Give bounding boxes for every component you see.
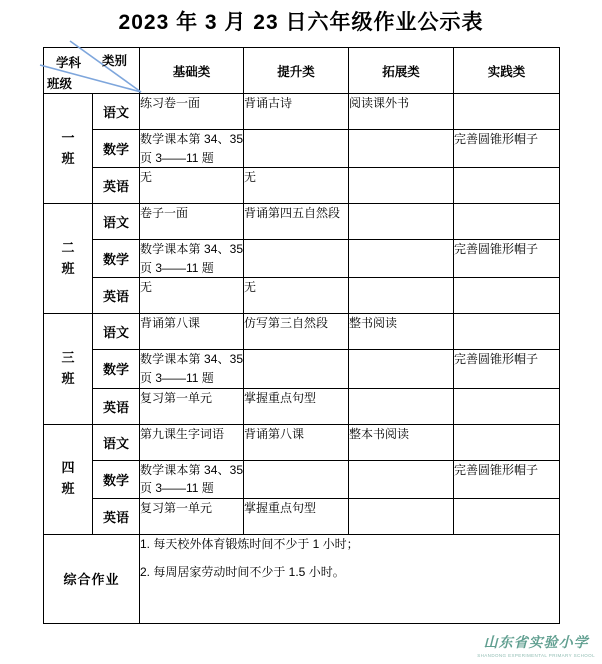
homework-cell <box>454 278 560 314</box>
homework-cell <box>244 240 349 278</box>
homework-cell: 数学课本第 34、35 页 3——11 题 <box>140 130 244 168</box>
note-line-1: 1. 每天校外体育锻炼时间不少于 1 小时； <box>140 535 559 553</box>
homework-cell <box>454 204 560 240</box>
class-name-cell: 四班 <box>44 424 93 534</box>
class-name-cell: 三班 <box>44 314 93 424</box>
document-page: 2023 年 3 月 23 日六年级作业公示表 学科 类别 班级 基础类 提升类 <box>0 0 602 664</box>
homework-cell <box>349 130 454 168</box>
table-row: 数学数学课本第 34、35 页 3——11 题完善圆锥形帽子 <box>44 130 560 168</box>
table-row: 三班语文背诵第八课仿写第三自然段整书阅读 <box>44 314 560 350</box>
subject-cell: 数学 <box>93 130 140 168</box>
school-name-cn: 山东省实验小学 <box>477 632 595 652</box>
homework-cell: 掌握重点句型 <box>244 498 349 534</box>
homework-cell: 整书阅读 <box>349 314 454 350</box>
class-name: 三班 <box>61 348 75 390</box>
school-watermark: 山东省实验小学 SHANDONG EXPERIMENTAL PRIMARY SC… <box>477 632 595 658</box>
homework-cell: 背诵古诗 <box>244 94 349 130</box>
subject-cell: 英语 <box>93 498 140 534</box>
subject-cell: 数学 <box>93 460 140 498</box>
homework-cell <box>349 278 454 314</box>
homework-cell <box>454 168 560 204</box>
homework-cell <box>454 388 560 424</box>
homework-cell <box>349 240 454 278</box>
homework-cell <box>349 460 454 498</box>
homework-cell <box>349 388 454 424</box>
homework-cell <box>454 314 560 350</box>
homework-cell: 完善圆锥形帽子 <box>454 350 560 388</box>
homework-cell: 背诵第四五自然段 <box>244 204 349 240</box>
homework-cell <box>244 460 349 498</box>
homework-cell: 复习第一单元 <box>140 498 244 534</box>
table-row: 四班语文第九课生字词语背诵第八课整本书阅读 <box>44 424 560 460</box>
table-row: 英语无无 <box>44 168 560 204</box>
homework-cell: 数学课本第 34、35 页 3——11 题 <box>140 240 244 278</box>
subject-cell: 英语 <box>93 278 140 314</box>
class-name-cell: 一班 <box>44 94 93 204</box>
class-name: 二班 <box>61 238 75 280</box>
subject-cell: 语文 <box>93 424 140 460</box>
homework-cell <box>349 168 454 204</box>
homework-cell <box>454 424 560 460</box>
table-row: 数学数学课本第 34、35 页 3——11 题完善圆锥形帽子 <box>44 460 560 498</box>
homework-cell: 数学课本第 34、35 页 3——11 题 <box>140 460 244 498</box>
homework-cell: 无 <box>244 278 349 314</box>
subject-cell: 语文 <box>93 204 140 240</box>
comprehensive-homework-notes: 1. 每天校外体育锻炼时间不少于 1 小时； 2. 每周居家劳动时间不少于 1.… <box>140 534 560 623</box>
homework-cell: 无 <box>140 168 244 204</box>
table-row: 英语复习第一单元掌握重点句型 <box>44 388 560 424</box>
subject-cell: 数学 <box>93 350 140 388</box>
homework-cell: 掌握重点句型 <box>244 388 349 424</box>
homework-table: 学科 类别 班级 基础类 提升类 拓展类 实践类 一班语文练习卷一面背诵古诗阅读… <box>43 47 560 624</box>
col-header-improve: 提升类 <box>244 48 349 94</box>
table-row: 一班语文练习卷一面背诵古诗阅读课外书 <box>44 94 560 130</box>
subject-cell: 英语 <box>93 388 140 424</box>
homework-cell: 无 <box>140 278 244 314</box>
homework-cell: 数学课本第 34、35 页 3——11 题 <box>140 350 244 388</box>
homework-cell <box>349 498 454 534</box>
subject-cell: 数学 <box>93 240 140 278</box>
corner-category-label: 类别 <box>102 51 127 69</box>
footer-row: 综合作业 1. 每天校外体育锻炼时间不少于 1 小时； 2. 每周居家劳动时间不… <box>44 534 560 623</box>
col-header-basic: 基础类 <box>140 48 244 94</box>
homework-cell: 阅读课外书 <box>349 94 454 130</box>
corner-subject-label: 学科 <box>56 53 81 71</box>
table-row: 英语复习第一单元掌握重点句型 <box>44 498 560 534</box>
school-name-en: SHANDONG EXPERIMENTAL PRIMARY SCHOOL <box>477 653 595 658</box>
class-name: 四班 <box>61 458 75 500</box>
homework-cell: 无 <box>244 168 349 204</box>
table-row: 数学数学课本第 34、35 页 3——11 题完善圆锥形帽子 <box>44 240 560 278</box>
note-line-2: 2. 每周居家劳动时间不少于 1.5 小时。 <box>140 563 559 581</box>
corner-header-cell: 学科 类别 班级 <box>44 48 140 94</box>
table-row: 英语无无 <box>44 278 560 314</box>
subject-cell: 英语 <box>93 168 140 204</box>
homework-cell: 完善圆锥形帽子 <box>454 130 560 168</box>
homework-cell <box>349 350 454 388</box>
homework-cell <box>244 350 349 388</box>
col-header-practice: 实践类 <box>454 48 560 94</box>
homework-cell: 复习第一单元 <box>140 388 244 424</box>
homework-cell: 整本书阅读 <box>349 424 454 460</box>
class-name: 一班 <box>61 128 75 170</box>
subject-cell: 语文 <box>93 314 140 350</box>
header-row: 学科 类别 班级 基础类 提升类 拓展类 实践类 <box>44 48 560 94</box>
homework-cell: 完善圆锥形帽子 <box>454 460 560 498</box>
homework-cell: 第九课生字词语 <box>140 424 244 460</box>
homework-cell <box>349 204 454 240</box>
homework-cell <box>244 130 349 168</box>
homework-cell: 练习卷一面 <box>140 94 244 130</box>
comprehensive-homework-label: 综合作业 <box>44 534 140 623</box>
homework-cell: 卷子一面 <box>140 204 244 240</box>
homework-cell: 背诵第八课 <box>140 314 244 350</box>
class-name-cell: 二班 <box>44 204 93 314</box>
homework-cell: 仿写第三自然段 <box>244 314 349 350</box>
homework-cell: 完善圆锥形帽子 <box>454 240 560 278</box>
homework-cell: 背诵第八课 <box>244 424 349 460</box>
corner-class-label: 班级 <box>47 74 72 92</box>
subject-cell: 语文 <box>93 94 140 130</box>
homework-cell <box>454 498 560 534</box>
table-row: 二班语文卷子一面背诵第四五自然段 <box>44 204 560 240</box>
page-title: 2023 年 3 月 23 日六年级作业公示表 <box>0 6 602 36</box>
homework-cell <box>454 94 560 130</box>
table-row: 数学数学课本第 34、35 页 3——11 题完善圆锥形帽子 <box>44 350 560 388</box>
col-header-expand: 拓展类 <box>349 48 454 94</box>
